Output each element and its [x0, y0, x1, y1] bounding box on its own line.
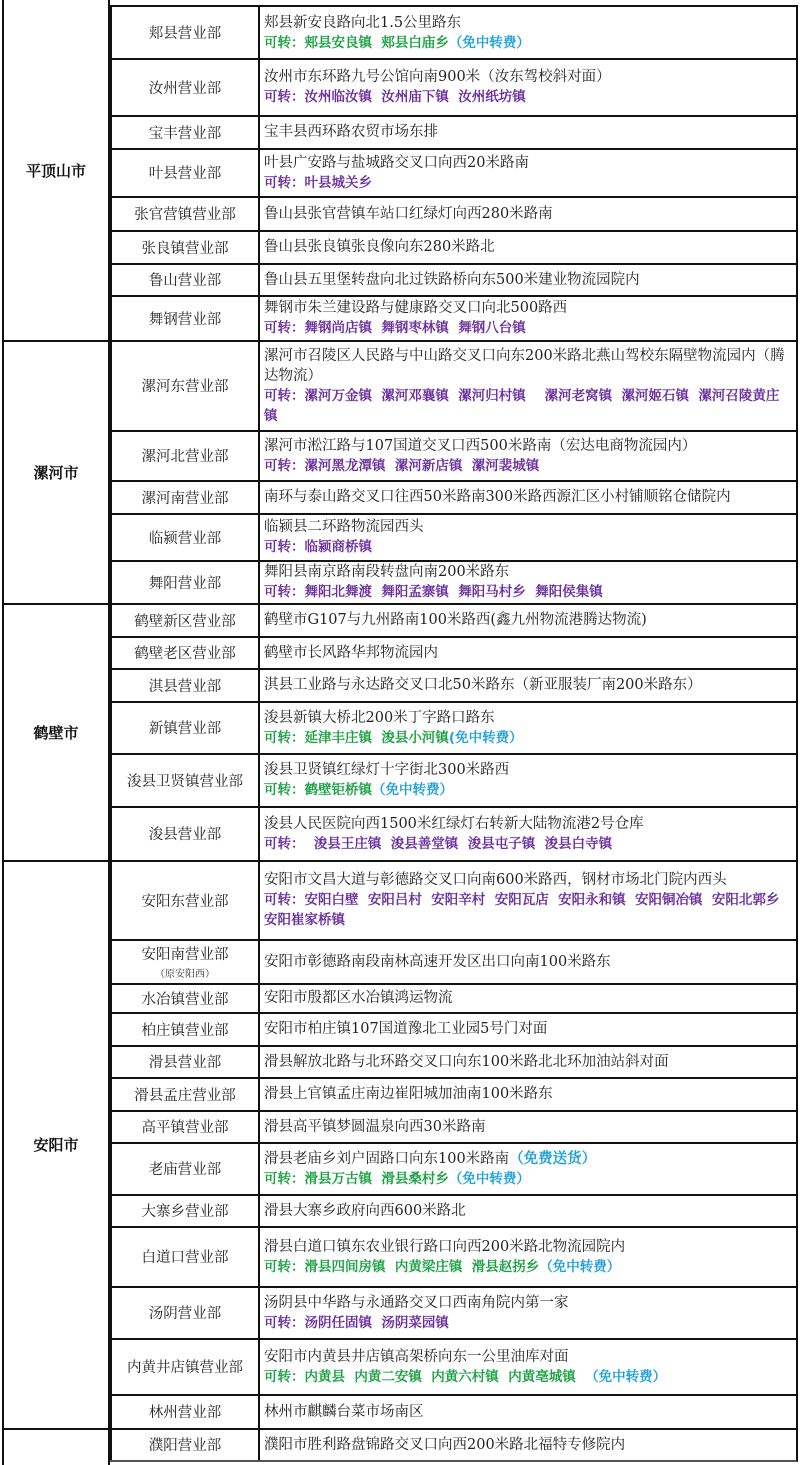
address-text: 临颍县二环路物流园西头 [264, 519, 424, 535]
address-line: 鲁山县张官营镇车站口红绿灯向西280米路南 [264, 204, 792, 224]
transfer-line: 可转：汝州临汝镇 汝州庙下镇 汝州纸坊镇 [264, 87, 792, 107]
transfer-label: 可转： [264, 1171, 305, 1187]
free-transfer-note: （免中转费） [372, 782, 453, 798]
transfer-line: 可转：滑县万古镇 滑县桑村乡（免中转费） [264, 1169, 792, 1189]
transfer-line: 可转：汤阴任固镇 汤阴菜园镇 [264, 1313, 792, 1333]
branch-name: 滑县营业部 [149, 1051, 222, 1072]
branch-name-cell: 张良镇营业部 [110, 231, 260, 263]
address-line: 鹤壁市G107与九州路南100米路西(鑫九州物流港腾达物流) [264, 610, 792, 630]
address-text: 鲁山县五里堡转盘向北过铁路桥向东500米建业物流园院内 [264, 272, 640, 288]
address-line: 滑县解放北路与北环路交叉口向东100米路北北环加油站斜对面 [264, 1052, 792, 1072]
address-cell: 舞阳县南京路南段转盘向南200米路东可转：舞阳北舞渡 舞阳孟寨镇 舞阳马村乡 舞… [260, 561, 796, 603]
branch-name: 淇县营业部 [149, 675, 222, 696]
branch-name: 柏庄镇营业部 [142, 1019, 229, 1040]
address-line: 安阳市文昌大道与彰德路交叉口向南600米路西，钢材市场北门院内西头 [264, 870, 792, 890]
address-line: 安阳市彰德路南段南林高速开发区出口向南100米路东 [264, 952, 792, 972]
branch-name-cell: 宝丰营业部 [110, 116, 260, 148]
table-row: 舞钢营业部舞钢市朱兰建设路与健康路交叉口向北500路西可转：舞钢尚店镇 舞钢枣林… [110, 296, 798, 342]
city-name: 平顶山市 [26, 160, 86, 181]
branch-name: 鹤壁新区营业部 [134, 610, 236, 631]
address-line: 滑县白道口镇东农业银行路口向西200米路北物流园院内 [264, 1237, 792, 1257]
address-cell: 濮阳市胜利路盘锦路交叉口向西200米路北福特专修院内 [260, 1429, 796, 1460]
branch-name-cell: 内黄井店镇营业部 [110, 1339, 260, 1394]
address-text: 漯河市淞江路与107国道交叉口西500米路南（宏达电商物流园内） [264, 438, 696, 454]
address-cell: 漯河市淞江路与107国道交叉口西500米路南（宏达电商物流园内）可转：漯河黑龙潭… [260, 431, 796, 480]
branch-name: 浚县营业部 [149, 823, 222, 844]
address-line: 舞阳县南京路南段转盘向南200米路东 [264, 562, 792, 582]
address-line: 南环与泰山路交叉口往西50米路南300米路西源汇区小村铺顺铭仓储院内 [264, 487, 792, 507]
address-cell: 鲁山县五里堡转盘向北过铁路桥向东500米建业物流园院内 [260, 264, 796, 295]
transfer-label: 可转： [264, 892, 305, 908]
address-line: 浚县新镇大桥北200米丁字路口路东 [264, 708, 792, 728]
branch-name: 叶县营业部 [149, 162, 222, 183]
free-transfer-note: （免中转费） [585, 1369, 666, 1385]
table-row: 内黄井店镇营业部安阳市内黄县井店镇高架桥向东一公里油库对面可转：内黄县 内黄二安… [110, 1339, 798, 1396]
transfer-towns: 舞钢尚店镇 舞钢枣林镇 舞钢八台镇 [305, 320, 526, 336]
address-text: 漯河市召陵区人民路与中山路交叉口向东200米路北燕山驾校东隔壁物流园内（腾达物流… [264, 348, 785, 384]
branch-name-cell: 老庙营业部 [110, 1143, 260, 1194]
table-row: 漯河南营业部南环与泰山路交叉口往西50米路南300米路西源汇区小村铺顺铭仓储院内 [110, 481, 798, 515]
address-cell: 安阳市文昌大道与彰德路交叉口向南600米路西，钢材市场北门院内西头可转：安阳白壁… [260, 861, 796, 939]
transfer-label: 可转： [264, 836, 314, 852]
branch-name-cell: 林州营业部 [110, 1395, 260, 1428]
address-line: 濮阳市胜利路盘锦路交叉口向西200米路北福特专修院内 [264, 1435, 792, 1455]
table-row: 滑县营业部滑县解放北路与北环路交叉口向东100米路北北环加油站斜对面 [110, 1046, 798, 1079]
address-text: 汝州市东环路九号公馆向南900米（汝东驾校斜对面） [264, 69, 611, 85]
transfer-label: 可转： [264, 539, 305, 555]
transfer-towns: 郏县安良镇 郏县白庙乡 [305, 35, 449, 51]
branch-directory-table: 平顶山市郏县营业部郏县新安良路向北1.5公里路东可转：郏县安良镇 郏县白庙乡（免… [0, 0, 800, 1465]
city-cell: 安阳市 [2, 861, 110, 1430]
transfer-line: 可转：滑县四间房镇 内黄梁庄镇 滑县赵拐乡（免中转费） [264, 1257, 792, 1277]
transfer-label: 可转： [264, 388, 305, 404]
branch-name: 鹤壁老区营业部 [134, 642, 236, 663]
address-cell: 滑县解放北路与北环路交叉口向东100米路北北环加油站斜对面 [260, 1046, 796, 1077]
transfer-towns: 滑县四间房镇 内黄梁庄镇 滑县赵拐乡 [305, 1259, 540, 1275]
branch-name: 临颍营业部 [149, 527, 222, 548]
address-cell: 临颍县二环路物流园西头可转：临颍商桥镇 [260, 514, 796, 560]
table-row: 临颍营业部临颍县二环路物流园西头可转：临颍商桥镇 [110, 514, 798, 562]
address-cell: 汤阴县中华路与永通路交叉口西南角院内第一家可转：汤阴任固镇 汤阴菜园镇 [260, 1287, 796, 1338]
branch-name-cell: 浚县营业部 [110, 807, 260, 860]
branch-name: 张官营镇营业部 [134, 203, 236, 224]
address-text: 林州市麒麟台菜市场南区 [264, 1404, 424, 1420]
branch-name-cell: 郏县营业部 [110, 7, 260, 58]
city-cell: 鹤壁市 [2, 604, 110, 862]
table-row: 鲁山营业部鲁山县五里堡转盘向北过铁路桥向东500米建业物流园院内 [110, 264, 798, 297]
branch-name: 安阳南营业部 [142, 943, 229, 964]
transfer-label: 可转： [264, 35, 305, 51]
transfer-label: 可转： [264, 730, 305, 746]
free-transfer-note: （免中转费） [449, 35, 530, 51]
address-line: 安阳市柏庄镇107国道豫北工业园5号门对面 [264, 1019, 792, 1039]
address-line: 浚县人民医院向西1500米红绿灯右转新大陆物流港2号仓库 [264, 814, 792, 834]
transfer-towns: 漯河万金镇 漯河邓襄镇 漯河归村镇 漯河老窝镇 漯河姬石镇 漯河召陵黄庄镇 [264, 388, 779, 424]
transfer-towns: 舞阳北舞渡 舞阳孟寨镇 舞阳马村乡 舞阳侯集镇 [305, 584, 603, 600]
transfer-line: 可转：临颍商桥镇 [264, 537, 792, 557]
table-row: 鹤壁老区营业部鹤壁市长风路华邦物流园内 [110, 637, 798, 670]
branch-name: 汤阴营业部 [149, 1302, 222, 1323]
address-text: 安阳市文昌大道与彰德路交叉口向南600米路西，钢材市场北门院内西头 [264, 872, 727, 888]
branch-name: 舞阳营业部 [149, 572, 222, 593]
table-row: 高平镇营业部滑县高平镇梦圆温泉向西30米路南 [110, 1111, 798, 1144]
address-line: 安阳市内黄县井店镇高架桥向东一公里油库对面 [264, 1347, 792, 1367]
address-line: 舞钢市朱兰建设路与健康路交叉口向北500路西 [264, 298, 792, 318]
branch-name-cell: 叶县营业部 [110, 149, 260, 196]
address-cell: 滑县白道口镇东农业银行路口向西200米路北物流园院内可转：滑县四间房镇 内黄梁庄… [260, 1227, 796, 1286]
transfer-label: 可转： [264, 782, 305, 798]
table-row: 浚县营业部浚县人民医院向西1500米红绿灯右转新大陆物流港2号仓库可转： 浚县王… [110, 807, 798, 862]
branch-name-cell: 临颍营业部 [110, 514, 260, 560]
address-line: 鹤壁市长风路华邦物流园内 [264, 643, 792, 663]
address-line: 临颍县二环路物流园西头 [264, 517, 792, 537]
table-row: 浚县卫贤镇营业部浚县卫贤镇红绿灯十字街北300米路西可转：鹤壁钜桥镇（免中转费） [110, 754, 798, 808]
address-text: 安阳市内黄县井店镇高架桥向东一公里油库对面 [264, 1349, 569, 1365]
transfer-towns: 内黄县 内黄二安镇 内黄六村镇 内黄亳城镇 [305, 1369, 586, 1385]
table-row: 大寨乡营业部滑县大寨乡政府向西600米路北 [110, 1195, 798, 1228]
address-cell: 汝州市东环路九号公馆向南900米（汝东驾校斜对面）可转：汝州临汝镇 汝州庙下镇 … [260, 59, 796, 115]
city-name: 安阳市 [33, 1134, 78, 1155]
branch-name-cell: 鹤壁新区营业部 [110, 604, 260, 636]
address-text: 淇县工业路与永达路交叉口北50米路东（新亚服装厂南200米路东） [264, 677, 702, 693]
transfer-line: 可转：郏县安良镇 郏县白庙乡（免中转费） [264, 33, 792, 53]
branch-name-cell: 鹤壁老区营业部 [110, 637, 260, 668]
address-text: 鲁山县张良镇张良像向东280米路北 [264, 239, 495, 255]
transfer-line: 可转：舞钢尚店镇 舞钢枣林镇 舞钢八台镇 [264, 318, 792, 338]
address-text: 浚县人民医院向西1500米红绿灯右转新大陆物流港2号仓库 [264, 816, 644, 832]
transfer-label: 可转： [264, 175, 305, 191]
address-text: 舞钢市朱兰建设路与健康路交叉口向北500路西 [264, 300, 567, 316]
transfer-line: 可转：漯河黑龙潭镇 漯河新店镇 漯河裴城镇 [264, 456, 792, 476]
table-row: 汤阴营业部汤阴县中华路与永通路交叉口西南角院内第一家可转：汤阴任固镇 汤阴菜园镇 [110, 1287, 798, 1340]
table-row: 叶县营业部叶县广安路与盐城路交叉口向西20米路南可转：叶县城关乡 [110, 149, 798, 198]
address-cell: 叶县广安路与盐城路交叉口向西20米路南可转：叶县城关乡 [260, 149, 796, 196]
branch-name: 水冶镇营业部 [142, 988, 229, 1009]
address-text: 郏县新安良路向北1.5公里路东 [264, 15, 461, 31]
branch-name-cell: 鲁山营业部 [110, 264, 260, 295]
branch-name-cell: 淇县营业部 [110, 669, 260, 701]
address-text: 滑县上官镇孟庄南边崔阳城加油南100米路东 [264, 1086, 553, 1102]
transfer-towns: 安阳白壁 安阳吕村 安阳辛村 安阳瓦店 安阳永和镇 安阳铜冶镇 安阳北郭乡 安阳… [264, 892, 789, 928]
branch-name: 浚县卫贤镇营业部 [127, 770, 243, 791]
branch-name: 漯河东营业部 [142, 375, 229, 396]
address-text: 滑县白道口镇东农业银行路口向西200米路北物流园院内 [264, 1239, 625, 1255]
address-line: 漯河市淞江路与107国道交叉口西500米路南（宏达电商物流园内） [264, 436, 792, 456]
transfer-line: 可转： 浚县王庄镇 浚县善堂镇 浚县屯子镇 浚县白寺镇 [264, 834, 792, 854]
table-row: 宝丰营业部宝丰县西环路农贸市场东排 [110, 116, 798, 150]
transfer-label: 可转： [264, 320, 305, 336]
branch-name-cell: 张官营镇营业部 [110, 197, 260, 230]
address-cell: 滑县大寨乡政府向西600米路北 [260, 1195, 796, 1226]
address-cell: 鲁山县张良镇张良像向东280米路北 [260, 231, 796, 263]
branch-former-name: （原安阳西） [155, 965, 215, 980]
table-row: 水冶镇营业部安阳市殷都区水冶镇鸿运物流 [110, 984, 798, 1014]
transfer-label: 可转： [264, 1369, 305, 1385]
branch-name: 滑县孟庄营业部 [134, 1084, 236, 1105]
branch-name: 汝州营业部 [149, 77, 222, 98]
branch-name: 白道口营业部 [142, 1246, 229, 1267]
transfer-label: 可转： [264, 458, 305, 474]
address-cell: 滑县上官镇孟庄南边崔阳城加油南100米路东 [260, 1078, 796, 1110]
table-row: 张良镇营业部鲁山县张良镇张良像向东280米路北 [110, 231, 798, 265]
address-line: 安阳市殷都区水冶镇鸿运物流 [264, 988, 792, 1008]
address-text: 滑县高平镇梦圆温泉向西30米路南 [264, 1119, 485, 1135]
table-row: 林州营业部林州市麒麟台菜市场南区 [110, 1395, 798, 1430]
address-text: 安阳市殷都区水冶镇鸿运物流 [264, 990, 453, 1006]
transfer-label: 可转： [264, 1315, 305, 1331]
free-delivery-note: （免费送货） [509, 1151, 596, 1167]
address-line: 浚县卫贤镇红绿灯十字街北300米路西 [264, 760, 792, 780]
branch-name-cell: 汤阴营业部 [110, 1287, 260, 1338]
branch-name-cell: 舞钢营业部 [110, 296, 260, 340]
branch-name-cell: 新镇营业部 [110, 702, 260, 753]
transfer-line: 可转：舞阳北舞渡 舞阳孟寨镇 舞阳马村乡 舞阳侯集镇 [264, 582, 792, 602]
transfer-towns: 滑县万古镇 滑县桑村乡 [305, 1171, 449, 1187]
branch-name-cell: 安阳南营业部（原安阳西） [110, 940, 260, 983]
transfer-towns: 叶县城关乡 [305, 175, 373, 191]
address-text: 滑县老庙乡刘户固路口向东100米路南 [264, 1151, 509, 1167]
address-line: 滑县高平镇梦圆温泉向西30米路南 [264, 1117, 792, 1137]
address-cell: 郏县新安良路向北1.5公里路东可转：郏县安良镇 郏县白庙乡（免中转费） [260, 7, 796, 58]
address-line: 滑县老庙乡刘户固路口向东100米路南（免费送货） [264, 1149, 792, 1169]
table-row: 柏庄镇营业部安阳市柏庄镇107国道豫北工业园5号门对面 [110, 1013, 798, 1047]
branch-name: 郏县营业部 [149, 22, 222, 43]
transfer-towns: 汝州临汝镇 汝州庙下镇 汝州纸坊镇 [305, 89, 526, 105]
address-cell: 舞钢市朱兰建设路与健康路交叉口向北500路西可转：舞钢尚店镇 舞钢枣林镇 舞钢八… [260, 296, 796, 340]
branch-name-cell: 舞阳营业部 [110, 561, 260, 603]
branch-name: 鲁山营业部 [149, 269, 222, 290]
table-row: 老庙营业部滑县老庙乡刘户固路口向东100米路南（免费送货）可转：滑县万古镇 滑县… [110, 1143, 798, 1196]
address-cell: 林州市麒麟台菜市场南区 [260, 1395, 796, 1428]
table-row: 安阳东营业部安阳市文昌大道与彰德路交叉口向南600米路西，钢材市场北门院内西头可… [110, 861, 798, 941]
branch-name: 漯河南营业部 [142, 487, 229, 508]
table-row: 漯河北营业部漯河市淞江路与107国道交叉口西500米路南（宏达电商物流园内）可转… [110, 431, 798, 482]
branch-name-cell: 水冶镇营业部 [110, 984, 260, 1012]
address-text: 南环与泰山路交叉口往西50米路南300米路西源汇区小村铺顺铭仓储院内 [264, 489, 731, 505]
address-cell: 安阳市殷都区水冶镇鸿运物流 [260, 984, 796, 1012]
address-cell: 鹤壁市长风路华邦物流园内 [260, 637, 796, 668]
branch-name: 张良镇营业部 [142, 237, 229, 258]
address-cell: 安阳市内黄县井店镇高架桥向东一公里油库对面可转：内黄县 内黄二安镇 内黄六村镇 … [260, 1339, 796, 1394]
transfer-towns: 鹤壁钜桥镇 [305, 782, 373, 798]
branch-name: 宝丰营业部 [149, 122, 222, 143]
branch-name-cell: 濮阳营业部 [110, 1429, 260, 1460]
address-text: 叶县广安路与盐城路交叉口向西20米路南 [264, 155, 529, 171]
branch-name: 漯河北营业部 [142, 445, 229, 466]
address-cell: 淇县工业路与永达路交叉口北50米路东（新亚服装厂南200米路东） [260, 669, 796, 701]
table-row: 白道口营业部滑县白道口镇东农业银行路口向西200米路北物流园院内可转：滑县四间房… [110, 1227, 798, 1288]
branch-name: 大寨乡营业部 [142, 1200, 229, 1221]
transfer-line: 可转：安阳白壁 安阳吕村 安阳辛村 安阳瓦店 安阳永和镇 安阳铜冶镇 安阳北郭乡… [264, 890, 792, 930]
transfer-towns: 汤阴任固镇 汤阴菜园镇 [305, 1315, 449, 1331]
branch-name-cell: 漯河北营业部 [110, 431, 260, 480]
branch-name-cell: 浚县卫贤镇营业部 [110, 754, 260, 806]
transfer-label: 可转： [264, 1259, 305, 1275]
transfer-line: 可转：内黄县 内黄二安镇 内黄六村镇 内黄亳城镇 （免中转费） [264, 1367, 792, 1387]
branch-name-cell: 滑县孟庄营业部 [110, 1078, 260, 1110]
table-row: 鹤壁新区营业部鹤壁市G107与九州路南100米路西(鑫九州物流港腾达物流) [110, 604, 798, 638]
transfer-towns: 临颍商桥镇 [305, 539, 373, 555]
transfer-towns: 延津丰庄镇 浚县小河镇 [305, 730, 449, 746]
free-transfer-note: (免中转费） [449, 730, 523, 746]
table-row: 郏县营业部郏县新安良路向北1.5公里路东可转：郏县安良镇 郏县白庙乡（免中转费） [110, 5, 798, 60]
table-row: 新镇营业部浚县新镇大桥北200米丁字路口路东可转：延津丰庄镇 浚县小河镇(免中转… [110, 702, 798, 755]
address-text: 安阳市彰德路南段南林高速开发区出口向南100米路东 [264, 954, 611, 970]
address-text: 安阳市柏庄镇107国道豫北工业园5号门对面 [264, 1021, 547, 1037]
table-row: 滑县孟庄营业部滑县上官镇孟庄南边崔阳城加油南100米路东 [110, 1078, 798, 1112]
address-line: 滑县大寨乡政府向西600米路北 [264, 1201, 792, 1221]
free-transfer-note: （免中转费） [449, 1171, 530, 1187]
address-line: 淇县工业路与永达路交叉口北50米路东（新亚服装厂南200米路东） [264, 675, 792, 695]
address-cell: 滑县高平镇梦圆温泉向西30米路南 [260, 1111, 796, 1142]
address-text: 鹤壁市长风路华邦物流园内 [264, 645, 438, 661]
transfer-label: 可转： [264, 584, 305, 600]
table-row: 漯河东营业部漯河市召陵区人民路与中山路交叉口向东200米路北燕山驾校东隔壁物流园… [110, 341, 798, 432]
city-cell [2, 1429, 110, 1465]
transfer-towns: 漯河黑龙潭镇 漯河新店镇 漯河裴城镇 [305, 458, 540, 474]
branch-name: 濮阳营业部 [149, 1434, 222, 1455]
address-text: 舞阳县南京路南段转盘向南200米路东 [264, 564, 509, 580]
address-cell: 漯河市召陵区人民路与中山路交叉口向东200米路北燕山驾校东隔壁物流园内（腾达物流… [260, 341, 796, 430]
transfer-line: 可转：叶县城关乡 [264, 173, 792, 193]
address-text: 鹤壁市G107与九州路南100米路西(鑫九州物流港腾达物流) [264, 612, 647, 628]
city-name: 漯河市 [33, 462, 78, 483]
branch-name: 新镇营业部 [149, 717, 222, 738]
branch-name: 安阳东营业部 [142, 890, 229, 911]
address-text: 浚县卫贤镇红绿灯十字街北300米路西 [264, 762, 509, 778]
table-row: 张官营镇营业部鲁山县张官营镇车站口红绿灯向西280米路南 [110, 197, 798, 232]
address-line: 叶县广安路与盐城路交叉口向西20米路南 [264, 153, 792, 173]
branch-name: 高平镇营业部 [142, 1116, 229, 1137]
transfer-line: 可转：延津丰庄镇 浚县小河镇(免中转费） [264, 728, 792, 748]
address-text: 滑县大寨乡政府向西600米路北 [264, 1203, 466, 1219]
table-row: 安阳南营业部（原安阳西）安阳市彰德路南段南林高速开发区出口向南100米路东 [110, 940, 798, 985]
address-cell: 滑县老庙乡刘户固路口向东100米路南（免费送货）可转：滑县万古镇 滑县桑村乡（免… [260, 1143, 796, 1194]
address-line: 宝丰县西环路农贸市场东排 [264, 122, 792, 142]
branch-name-cell: 大寨乡营业部 [110, 1195, 260, 1226]
transfer-towns: 浚县王庄镇 浚县善堂镇 浚县屯子镇 浚县白寺镇 [314, 836, 612, 852]
address-cell: 鹤壁市G107与九州路南100米路西(鑫九州物流港腾达物流) [260, 604, 796, 636]
address-text: 濮阳市胜利路盘锦路交叉口向西200米路北福特专修院内 [264, 1437, 625, 1453]
table-row: 舞阳营业部舞阳县南京路南段转盘向南200米路东可转：舞阳北舞渡 舞阳孟寨镇 舞阳… [110, 561, 798, 605]
transfer-label: 可转： [264, 89, 305, 105]
city-name: 鹤壁市 [33, 722, 78, 743]
branch-name: 内黄井店镇营业部 [127, 1356, 243, 1377]
free-transfer-note: （免中转费） [539, 1259, 620, 1275]
address-line: 汝州市东环路九号公馆向南900米（汝东驾校斜对面） [264, 67, 792, 87]
branch-name: 老庙营业部 [149, 1158, 222, 1179]
branch-name-cell: 柏庄镇营业部 [110, 1013, 260, 1045]
address-cell: 宝丰县西环路农贸市场东排 [260, 116, 796, 148]
branch-name-cell: 高平镇营业部 [110, 1111, 260, 1142]
address-cell: 鲁山县张官营镇车站口红绿灯向西280米路南 [260, 197, 796, 230]
address-line: 鲁山县五里堡转盘向北过铁路桥向东500米建业物流园院内 [264, 270, 792, 290]
address-text: 汤阴县中华路与永通路交叉口西南角院内第一家 [264, 1295, 569, 1311]
branch-name-cell: 滑县营业部 [110, 1046, 260, 1077]
address-line: 滑县上官镇孟庄南边崔阳城加油南100米路东 [264, 1084, 792, 1104]
address-line: 汤阴县中华路与永通路交叉口西南角院内第一家 [264, 1293, 792, 1313]
address-cell: 浚县新镇大桥北200米丁字路口路东可转：延津丰庄镇 浚县小河镇(免中转费） [260, 702, 796, 753]
branch-name: 舞钢营业部 [149, 308, 222, 329]
address-cell: 南环与泰山路交叉口往西50米路南300米路西源汇区小村铺顺铭仓储院内 [260, 481, 796, 513]
address-text: 滑县解放北路与北环路交叉口向东100米路北北环加油站斜对面 [264, 1054, 669, 1070]
branch-name-cell: 漯河东营业部 [110, 341, 260, 430]
branch-name: 林州营业部 [149, 1401, 222, 1422]
address-cell: 浚县人民医院向西1500米红绿灯右转新大陆物流港2号仓库可转： 浚县王庄镇 浚县… [260, 807, 796, 860]
transfer-line: 可转：鹤壁钜桥镇（免中转费） [264, 780, 792, 800]
address-text: 浚县新镇大桥北200米丁字路口路东 [264, 710, 495, 726]
address-cell: 安阳市柏庄镇107国道豫北工业园5号门对面 [260, 1013, 796, 1045]
branch-name-cell: 漯河南营业部 [110, 481, 260, 513]
city-cell: 漯河市 [2, 341, 110, 605]
address-line: 鲁山县张良镇张良像向东280米路北 [264, 237, 792, 257]
branch-name-cell: 安阳东营业部 [110, 861, 260, 939]
table-row: 濮阳营业部濮阳市胜利路盘锦路交叉口向西200米路北福特专修院内 [110, 1429, 798, 1462]
transfer-line: 可转：漯河万金镇 漯河邓襄镇 漯河归村镇 漯河老窝镇 漯河姬石镇 漯河召陵黄庄镇 [264, 386, 792, 426]
table-row: 汝州营业部汝州市东环路九号公馆向南900米（汝东驾校斜对面）可转：汝州临汝镇 汝… [110, 59, 798, 117]
address-text: 宝丰县西环路农贸市场东排 [264, 124, 438, 140]
address-cell: 浚县卫贤镇红绿灯十字街北300米路西可转：鹤壁钜桥镇（免中转费） [260, 754, 796, 806]
address-line: 郏县新安良路向北1.5公里路东 [264, 13, 792, 33]
address-text: 鲁山县张官营镇车站口红绿灯向西280米路南 [264, 206, 553, 222]
city-cell: 平顶山市 [2, 0, 110, 342]
address-line: 林州市麒麟台菜市场南区 [264, 1402, 792, 1422]
branch-name-cell: 白道口营业部 [110, 1227, 260, 1286]
table-row: 淇县营业部淇县工业路与永达路交叉口北50米路东（新亚服装厂南200米路东） [110, 669, 798, 703]
address-cell: 安阳市彰德路南段南林高速开发区出口向南100米路东 [260, 940, 796, 983]
address-line: 漯河市召陵区人民路与中山路交叉口向东200米路北燕山驾校东隔壁物流园内（腾达物流… [264, 346, 792, 386]
branch-name-cell: 汝州营业部 [110, 59, 260, 115]
